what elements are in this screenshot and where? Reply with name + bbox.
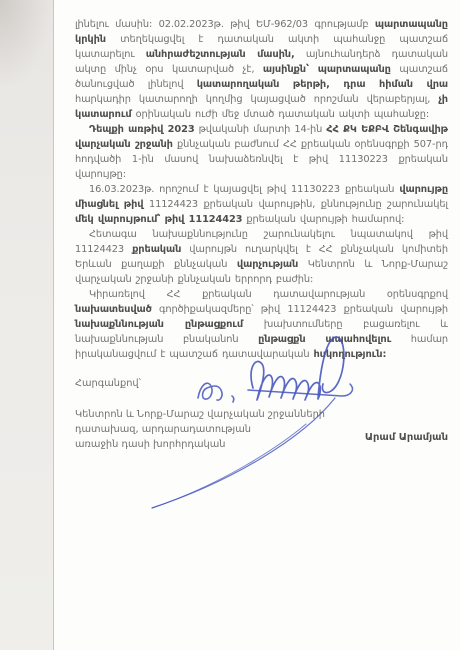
scanned-document-view: { "scan": { "strip_color": "#e9e7e4", "p…: [0, 0, 460, 650]
paragraph: լինելու մասին: 02.02.2023թ. թիվ ԵՄ-962/0…: [75, 17, 448, 122]
text-run: նախատեսված: [75, 304, 152, 315]
text-run: օրինական ուժի մեջ մտած դատական ակտի պահա…: [132, 109, 429, 120]
signatory-title-line: առաջին դասի խորհրդական: [75, 437, 325, 452]
text-run: վարչության: [237, 259, 298, 270]
text-run: հարկադիր կատարողի կողմից կայացված որոշմա…: [75, 94, 438, 105]
text-run: 16.03.2023թ. որոշում է կայացվել թիվ 1113…: [89, 184, 399, 195]
document-page: լինելու մասին: 02.02.2023թ. թիվ ԵՄ-962/0…: [53, 0, 460, 650]
signatory-title-line: դատախազ, արդարադատության: [75, 422, 325, 437]
paragraph: Հետագա նախաքննությունը շարունակելու նպատ…: [75, 227, 448, 287]
signatory-block: Կենտրոն և Նորք-Մարաշ վարչական շրջաններիդ…: [75, 407, 448, 452]
text-run: 11124423 քրեական վարույթին, քննությունը …: [143, 199, 448, 210]
text-run: այսինքն՝ պարտապանը: [263, 64, 391, 75]
paragraph: Կիրառելով ՀՀ քրեական դատավարության օրենս…: [75, 287, 448, 362]
text-run: անհրաժեշտության մասին,: [146, 49, 295, 60]
text-run: մեկ վարույթում՝ թիվ 11124423: [75, 214, 242, 225]
text-run: քրեական վարույթի համարով:: [242, 214, 404, 225]
text-run: Կիրառելով ՀՀ քրեական դատավարության օրենս…: [89, 289, 448, 300]
text-run: գործիքակազմերը՝ թիվ 11124423 քրեական վար…: [152, 304, 448, 315]
text-run: նախաքննության ընթացքում: [75, 319, 243, 330]
text-run: Դեպքի առթիվ 2023: [89, 124, 195, 135]
scan-margin-strip: [0, 0, 53, 650]
document-paragraphs: լինելու մասին: 02.02.2023թ. թիվ ԵՄ-962/0…: [75, 17, 448, 362]
text-run: թվականի մարտի 14-ին: [195, 124, 327, 135]
closing-salutation: Հարգանքով՝: [75, 376, 448, 391]
text-run: քրեական: [132, 244, 181, 255]
text-run: ընթացքն ապահովելու: [258, 334, 391, 345]
document-content: լինելու մասին: 02.02.2023թ. թիվ ԵՄ-962/0…: [54, 0, 460, 452]
text-run: լինելու մասին: 02.02.2023թ. թիվ ԵՄ-962/0…: [75, 19, 375, 30]
signatory-name: Արամ Արամյան: [365, 430, 448, 452]
paragraph: Դեպքի առթիվ 2023 թվականի մարտի 14-ին ՀՀ …: [75, 122, 448, 182]
signatory-title-line: Կենտրոն և Նորք-Մարաշ վարչական շրջանների: [75, 407, 325, 422]
paragraph: 16.03.2023թ. որոշում է կայացվել թիվ 1113…: [75, 182, 448, 227]
text-run: կատարողական թերթի, դրա հիման վրա: [197, 79, 448, 90]
signatory-title-lines: Կենտրոն և Նորք-Մարաշ վարչական շրջաններիդ…: [75, 407, 325, 452]
text-run: հսկողություն:: [313, 349, 386, 360]
